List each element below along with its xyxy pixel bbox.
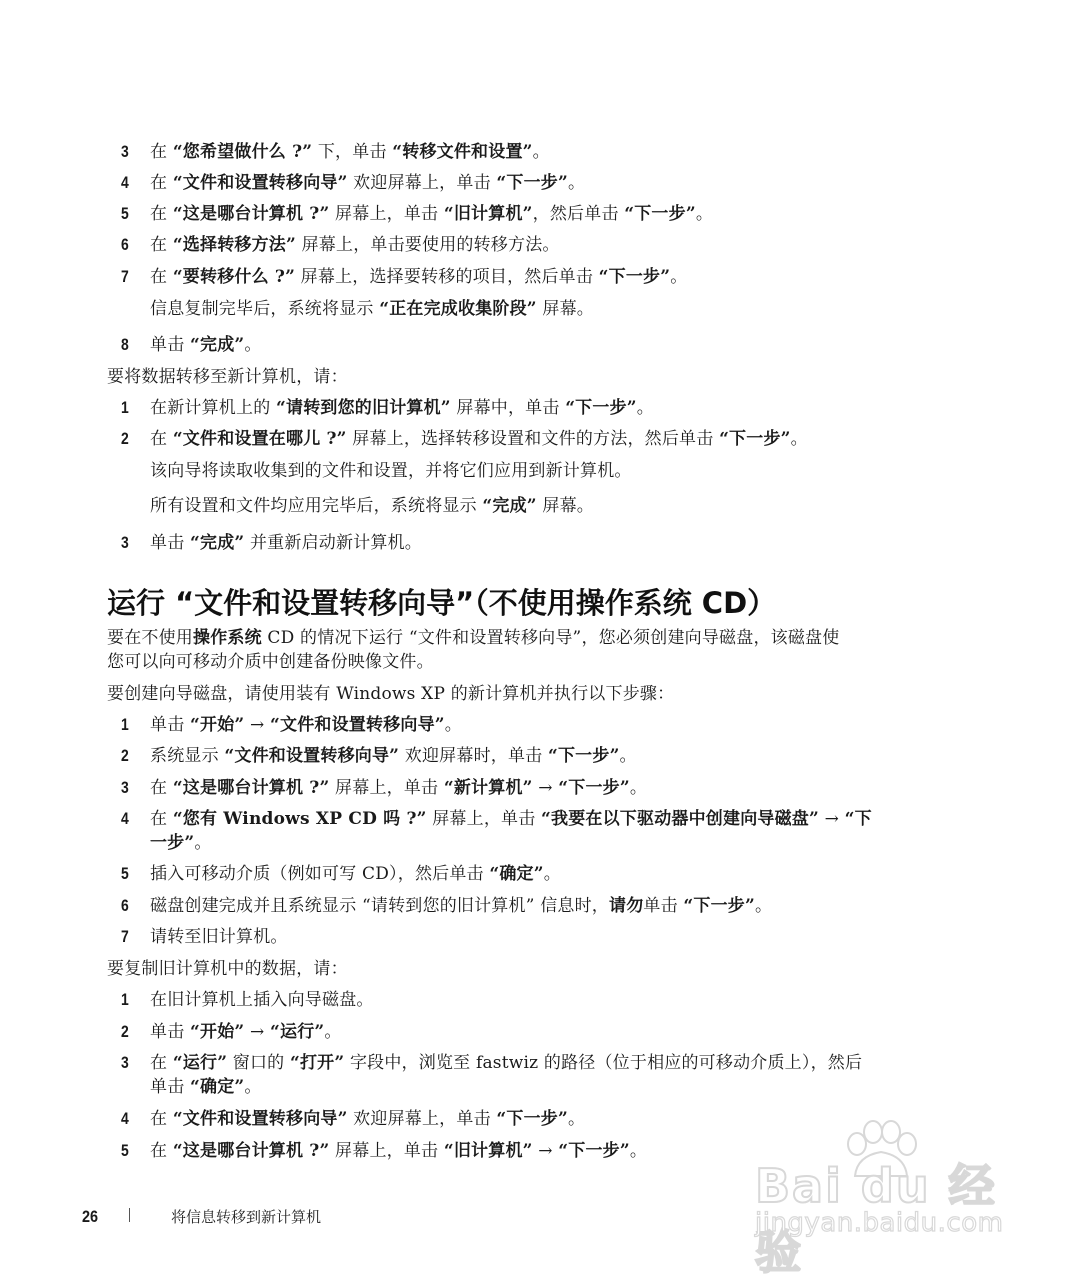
step-text: 单击 “完成”。 [150, 334, 262, 356]
text-run: 。 [324, 1022, 341, 1042]
text-run: 。 [630, 778, 647, 798]
bold-term: “文件和设置转移向导” [224, 746, 399, 766]
text-run: 。 [791, 429, 808, 449]
text-run: 屏幕上，单击 [329, 1141, 443, 1161]
step-text: 在 “文件和设置在哪儿 ?” 屏幕上，选择转移设置和文件的方法，然后单击 “下一… [150, 428, 808, 450]
text-run: 。 [194, 833, 211, 853]
step-number: 7 [121, 926, 129, 948]
bold-term: “您有 Windows XP CD 吗 ?” [173, 809, 427, 829]
text-run: 屏幕上，单击要使用的转移方法。 [296, 235, 560, 255]
text-run: 屏幕。 [537, 299, 594, 319]
text-run: 您可以向可移动介质中创建备份映像文件。 [107, 652, 434, 672]
step-text: 在 “文件和设置转移向导” 欢迎屏幕上，单击 “下一步”。 [150, 172, 585, 194]
text-run: 单击 [150, 1077, 190, 1097]
step-text: 插入可移动介质（例如可写 CD），然后单击 “确定”。 [150, 863, 561, 885]
text-run: 在 [150, 778, 173, 798]
bold-term: “开始” [190, 1022, 244, 1042]
text-run: 信息复制完毕后，系统将显示 [150, 299, 379, 319]
step-text: 在 “这是哪台计算机 ?” 屏幕上，单击 “旧计算机”，然后单击 “下一步”。 [150, 203, 713, 225]
text-run: 。 [696, 204, 713, 224]
step-note: 所有设置和文件均应用完毕后，系统将显示 “完成” 屏幕。 [150, 495, 594, 517]
step-number: 5 [121, 203, 129, 225]
text-run: 在 [150, 142, 173, 162]
step-text: 单击 “开始” → “运行”。 [150, 1021, 342, 1043]
text-run: 请转至旧计算机。 [150, 927, 288, 947]
bold-term: “旧计算机” [444, 204, 533, 224]
bold-term: “新计算机” [444, 778, 533, 798]
text-run: 。 [244, 335, 261, 355]
bold-term: “文件和设置在哪儿 ?” [173, 429, 347, 449]
text-run: 。 [637, 398, 654, 418]
text-run: 屏幕。 [537, 496, 594, 516]
step-number: 1 [121, 714, 129, 736]
text-run: 。 [630, 1141, 647, 1161]
step-text: 磁盘创建完成并且系统显示 “请转到您的旧计算机” 信息时，请勿单击 “下一步”。 [150, 895, 772, 917]
bold-term: 请勿 [609, 896, 643, 916]
step-note: 信息复制完毕后，系统将显示 “正在完成收集阶段” 屏幕。 [150, 298, 594, 320]
step-text: 在 “文件和设置转移向导” 欢迎屏幕上，单击 “下一步”。 [150, 1108, 585, 1130]
step-text: 在 “您希望做什么 ?” 下，单击 “转移文件和设置”。 [150, 141, 550, 163]
bold-term: “运行” [173, 1053, 227, 1073]
text-run: 系统显示 [150, 746, 224, 766]
text-run: 单击 [150, 533, 190, 553]
bold-term: “文件和设置转移向导” [270, 715, 445, 735]
text-run: 所有设置和文件均应用完毕后，系统将显示 [150, 496, 482, 516]
text-run: 屏幕上，单击 [329, 204, 443, 224]
step-text: 在 “运行” 窗口的 “打开” 字段中，浏览至 fastwiz 的路径（位于相应… [150, 1052, 862, 1074]
text-run: CD 的情况下运行 “文件和设置转移向导”，您必须创建向导磁盘，该磁盘使 [262, 628, 840, 648]
step-text: 在 “您有 Windows XP CD 吗 ?” 屏幕上，单击 “我要在以下驱动… [150, 808, 872, 830]
bold-term: “下一步” [565, 398, 637, 418]
bold-term: “正在完成收集阶段” [379, 299, 537, 319]
text-run: 在 [150, 809, 173, 829]
text-run: 欢迎屏幕时，单击 [399, 746, 548, 766]
intro-paragraph: 要复制旧计算机中的数据，请： [107, 958, 348, 980]
text-run: 在新计算机上的 [150, 398, 276, 418]
text-run: ，然后单击 [533, 204, 625, 224]
text-run: → [819, 809, 845, 829]
step-number: 3 [121, 141, 129, 163]
bold-term: “下一步” [624, 204, 696, 224]
step-number: 4 [121, 172, 129, 194]
step-text: 在 “这是哪台计算机 ?” 屏幕上，单击 “新计算机” → “下一步”。 [150, 777, 647, 799]
section-heading: 运行 “文件和设置转移向导”（不使用操作系统 CD） [107, 585, 776, 621]
bold-term: “下一步” [496, 1109, 568, 1129]
bold-term: “选择转移方法” [173, 235, 296, 255]
text-run: 。 [755, 896, 772, 916]
bold-term: “打开” [290, 1053, 344, 1073]
text-run: 在 [150, 1109, 173, 1129]
heading-paragraph-line: 您可以向可移动介质中创建备份映像文件。 [107, 651, 434, 673]
bold-term: “您希望做什么 ?” [173, 142, 312, 162]
step-text-continuation: 单击 “确定”。 [150, 1076, 262, 1098]
text-run: 欢迎屏幕上，单击 [348, 173, 497, 193]
footer-divider [129, 1208, 130, 1222]
bold-term: “下一步” [599, 267, 671, 287]
bold-term: “下一步” [548, 746, 620, 766]
text-run: 在 [150, 1141, 173, 1161]
text-run: 屏幕中，单击 [451, 398, 565, 418]
text-run: 单击 [643, 896, 683, 916]
intro-paragraph: 要将数据转移至新计算机，请： [107, 366, 348, 388]
step-number: 4 [121, 1108, 129, 1130]
text-run: → [533, 778, 559, 798]
bold-term: “文件和设置转移向导” [173, 1109, 348, 1129]
step-text: 在 “选择转移方法” 屏幕上，单击要使用的转移方法。 [150, 234, 560, 256]
step-number: 6 [121, 895, 129, 917]
text-run: 窗口的 [227, 1053, 290, 1073]
text-run: 屏幕上，单击 [427, 809, 541, 829]
text-run: 屏幕上，选择转移设置和文件的方法，然后单击 [347, 429, 719, 449]
text-run: 在 [150, 267, 173, 287]
step-number: 2 [121, 745, 129, 767]
text-run: 单击 [150, 715, 190, 735]
step-number: 7 [121, 266, 129, 288]
text-run: → [244, 1022, 270, 1042]
step-text: 在 “要转移什么 ?” 屏幕上，选择要转移的项目，然后单击 “下一步”。 [150, 266, 687, 288]
text-run: 该向导将读取收集到的文件和设置，并将它们应用到新计算机。 [150, 461, 632, 481]
bold-term: “完成” [190, 335, 244, 355]
bold-term: “请转到您的旧计算机” [276, 398, 451, 418]
step-text: 单击 “完成” 并重新启动新计算机。 [150, 532, 422, 554]
bold-term: “下一步” [558, 1141, 630, 1161]
text-run: 。 [568, 1109, 585, 1129]
bold-term: 操作系统 [193, 628, 262, 648]
bold-term: “旧计算机” [444, 1141, 533, 1161]
bold-term: 一步” [150, 833, 194, 853]
bold-term: “下一步” [683, 896, 755, 916]
text-run: 字段中，浏览至 fastwiz 的路径（位于相应的可移动介质上），然后 [344, 1053, 862, 1073]
step-text-continuation: 一步”。 [150, 832, 212, 854]
step-number: 8 [121, 334, 129, 356]
text-run: 屏幕上，单击 [329, 778, 443, 798]
bold-term: “这是哪台计算机 ?” [173, 204, 330, 224]
text-run: 在 [150, 429, 173, 449]
text-run: 单击 [150, 335, 190, 355]
bold-term: “确定” [489, 864, 543, 884]
text-run: 。 [533, 142, 550, 162]
step-number: 3 [121, 777, 129, 799]
step-text: 在 “这是哪台计算机 ?” 屏幕上，单击 “旧计算机” → “下一步”。 [150, 1140, 647, 1162]
text-run: 欢迎屏幕上，单击 [348, 1109, 497, 1129]
text-run: 插入可移动介质（例如可写 CD），然后单击 [150, 864, 489, 884]
bold-term: “完成” [190, 533, 244, 553]
text-run: 要在不使用 [107, 628, 193, 648]
baidu-watermark: Bai du 经验 jingyan.baidu.com [755, 1120, 1005, 1245]
text-run: 在 [150, 235, 173, 255]
step-text: 系统显示 “文件和设置转移向导” 欢迎屏幕时，单击 “下一步”。 [150, 745, 637, 767]
text-run: 在 [150, 173, 173, 193]
bold-term: “下 [845, 809, 872, 829]
intro-paragraph: 要创建向导磁盘，请使用装有 Windows XP 的新计算机并执行以下步骤： [107, 683, 674, 705]
page-number: 26 [82, 1207, 98, 1227]
step-number: 5 [121, 863, 129, 885]
step-text: 在旧计算机上插入向导磁盘。 [150, 989, 374, 1011]
step-number: 1 [121, 397, 129, 419]
text-run: → [533, 1141, 559, 1161]
bold-term: “这是哪台计算机 ?” [173, 1141, 330, 1161]
bold-term: “开始” [190, 715, 244, 735]
text-run: 。 [544, 864, 561, 884]
text-run: 。 [620, 746, 637, 766]
text-run: 并重新启动新计算机。 [244, 533, 422, 553]
bold-term: “转移文件和设置” [392, 142, 532, 162]
watermark-url: jingyan.baidu.com [755, 1208, 1003, 1238]
text-run: 磁盘创建完成并且系统显示 “请转到您的旧计算机” 信息时， [150, 896, 609, 916]
step-number: 6 [121, 234, 129, 256]
step-text: 请转至旧计算机。 [150, 926, 288, 948]
text-run: 单击 [150, 1022, 190, 1042]
bold-term: “这是哪台计算机 ?” [173, 778, 330, 798]
text-run: 在 [150, 204, 173, 224]
text-run: → [244, 715, 270, 735]
step-number: 5 [121, 1140, 129, 1162]
text-run: 屏幕上，选择要转移的项目，然后单击 [295, 267, 599, 287]
step-text: 在新计算机上的 “请转到您的旧计算机” 屏幕中，单击 “下一步”。 [150, 397, 654, 419]
bold-term: “完成” [482, 496, 536, 516]
bold-term: “确定” [190, 1077, 244, 1097]
step-number: 3 [121, 532, 129, 554]
bold-term: “要转移什么 ?” [173, 267, 295, 287]
heading-paragraph-line: 要在不使用操作系统 CD 的情况下运行 “文件和设置转移向导”，您必须创建向导磁… [107, 627, 839, 649]
document-page: 3 在 “您希望做什么 ?” 下，单击 “转移文件和设置”。 4 在 “文件和设… [0, 0, 1066, 1280]
bold-term: “下一步” [719, 429, 791, 449]
text-run: 。 [244, 1077, 261, 1097]
text-run: 在旧计算机上插入向导磁盘。 [150, 990, 374, 1010]
step-number: 3 [121, 1052, 129, 1074]
bold-term: “文件和设置转移向导” [173, 173, 348, 193]
text-run: 在 [150, 1053, 173, 1073]
text-run: 。 [445, 715, 462, 735]
step-number: 4 [121, 808, 129, 830]
step-note: 该向导将读取收集到的文件和设置，并将它们应用到新计算机。 [150, 460, 632, 482]
step-number: 1 [121, 989, 129, 1011]
step-text: 单击 “开始” → “文件和设置转移向导”。 [150, 714, 462, 736]
bold-term: “下一步” [558, 778, 630, 798]
text-run: 。 [670, 267, 687, 287]
text-run: 下，单击 [312, 142, 392, 162]
chapter-title: 将信息转移到新计算机 [171, 1206, 321, 1227]
bold-term: “我要在以下驱动器中创建向导磁盘” [541, 809, 819, 829]
step-number: 2 [121, 1021, 129, 1043]
step-number: 2 [121, 428, 129, 450]
text-run: 。 [568, 173, 585, 193]
bold-term: “运行” [270, 1022, 324, 1042]
bold-term: “下一步” [496, 173, 568, 193]
